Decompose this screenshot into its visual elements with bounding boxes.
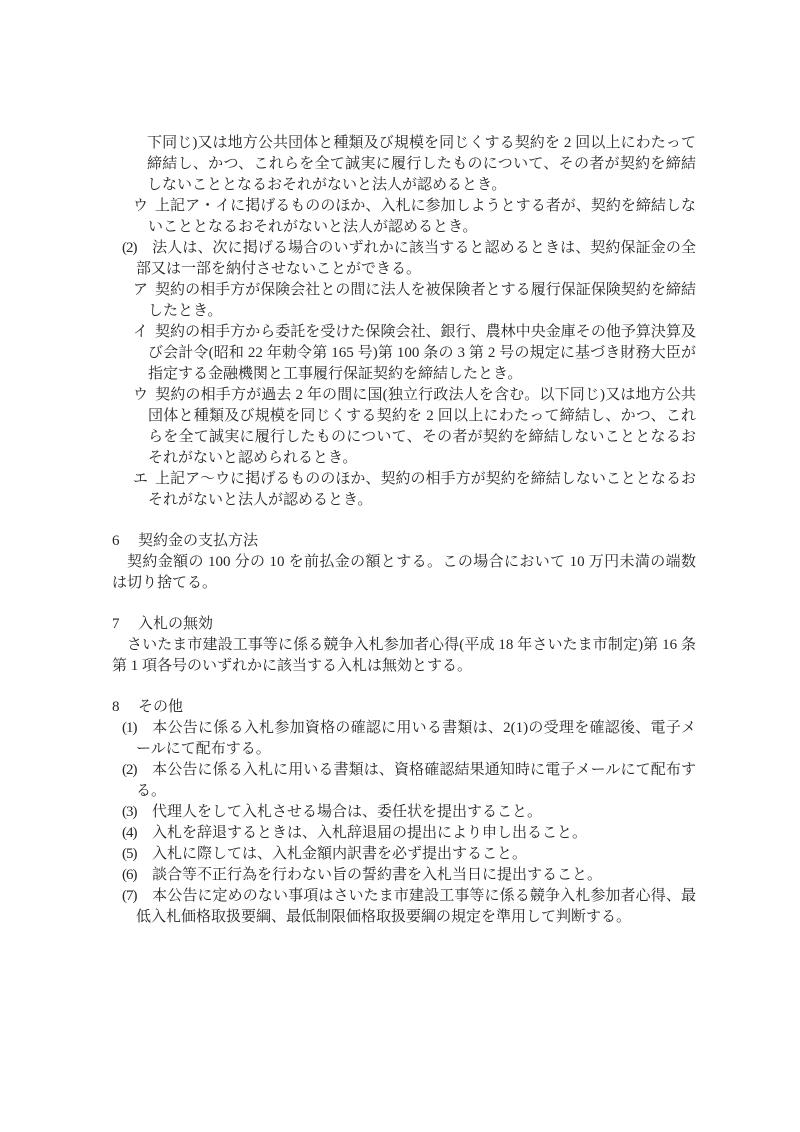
item-text: 談合等不正行為を行わない旨の誓約書を入札当日に提出すること。 xyxy=(152,867,602,883)
section-number: 6 xyxy=(112,531,138,552)
paren-list-item: (1)本公告に係る入札参加資格の確認に用いる書類は、2(1)の受理を確認後、電子… xyxy=(112,718,696,760)
section-body-paragraph: 契約金額の 100 分の 10 を前払金の額とする。この場合において 10 万円… xyxy=(112,552,696,594)
kana-list-item: イ契約の相手方から委託を受けた保険会社、銀行、農林中央金庫その他予算決算及び会計… xyxy=(112,322,696,385)
section-body-paragraph: さいたま市建設工事等に係る競争入札参加者心得(平成 18 年さいたま市制定)第 … xyxy=(112,635,696,677)
item-text: 本公告に係る入札参加資格の確認に用いる書類は、2(1)の受理を確認後、電子メール… xyxy=(136,720,696,757)
item-text: 上記ア〜ウに掲げるもののほか、契約の相手方が契約を締結しないこととなるおそれがな… xyxy=(148,471,696,508)
kana-list-item: ウ契約の相手方が過去 2 年の間に国(独立行政法人を含む。以下同じ)又は地方公共… xyxy=(112,385,696,469)
item-marker: (4) xyxy=(122,823,152,844)
item-marker: エ xyxy=(133,469,155,490)
item-marker: ア xyxy=(133,280,155,301)
item-marker: (3) xyxy=(122,802,152,823)
item-marker: (5) xyxy=(122,844,152,865)
section-heading: 7入札の無効 xyxy=(112,614,696,635)
paren-list-item: (2)本公告に係る入札に用いる書類は、資格確認結果通知時に電子メールにて配布する… xyxy=(112,760,696,802)
document-content: 下同じ)又は地方公共団体と種類及び規模を同じくする契約を 2 回以上にわたって締… xyxy=(112,133,696,928)
section-heading: 6契約金の支払方法 xyxy=(112,531,696,552)
section-title: 契約金の支払方法 xyxy=(138,533,258,549)
item-text: 上記ア・イに掲げるもののほか、入札に参加しようとする者が、契約を締結しないことと… xyxy=(148,198,696,235)
section-number: 7 xyxy=(112,614,138,635)
paren-list-item: (7)本公告に定めのない事項はさいたま市建設工事等に係る競争入札参加者心得、最低… xyxy=(112,886,696,928)
section-heading: 8その他 xyxy=(112,697,696,718)
section-number: 8 xyxy=(112,697,138,718)
item-marker: (2) xyxy=(122,238,152,259)
paren-list-item: (4)入札を辞退するときは、入札辞退届の提出により申し出ること。 xyxy=(112,823,696,844)
item-marker: ウ xyxy=(133,196,155,217)
item-marker: (1) xyxy=(122,718,152,739)
item-text: 本公告に定めのない事項はさいたま市建設工事等に係る競争入札参加者心得、最低入札価… xyxy=(136,888,696,925)
item-marker: ウ xyxy=(133,385,155,406)
item-marker: (6) xyxy=(122,865,152,886)
continuation-paragraph: 下同じ)又は地方公共団体と種類及び規模を同じくする契約を 2 回以上にわたって締… xyxy=(147,133,696,196)
item-marker: (2) xyxy=(122,760,152,781)
item-text: 入札に際しては、入札金額内訳書を必ず提出すること。 xyxy=(152,846,527,862)
document-page: 下同じ)又は地方公共団体と種類及び規模を同じくする契約を 2 回以上にわたって締… xyxy=(0,0,800,1132)
item-text: 代理人をして入札させる場合は、委任状を提出すること。 xyxy=(152,804,542,820)
paren-list-item: (2)法人は、次に掲げる場合のいずれかに該当すると認めるときは、契約保証金の全部… xyxy=(112,238,696,280)
paren-list-item: (5)入札に際しては、入札金額内訳書を必ず提出すること。 xyxy=(112,844,696,865)
paren-list-item: (3)代理人をして入札させる場合は、委任状を提出すること。 xyxy=(112,802,696,823)
paren-list-item: (6)談合等不正行為を行わない旨の誓約書を入札当日に提出すること。 xyxy=(112,865,696,886)
item-text: 本公告に係る入札に用いる書類は、資格確認結果通知時に電子メールにて配布する。 xyxy=(136,762,696,799)
kana-list-item: ア契約の相手方が保険会社との間に法人を被保険者とする履行保証保険契約を締結したと… xyxy=(112,280,696,322)
kana-list-item: エ上記ア〜ウに掲げるもののほか、契約の相手方が契約を締結しないこととなるおそれが… xyxy=(112,469,696,511)
item-text: 契約の相手方から委託を受けた保険会社、銀行、農林中央金庫その他予算決算及び会計令… xyxy=(148,324,696,382)
section-title: その他 xyxy=(138,699,183,715)
item-marker: (7) xyxy=(122,886,152,907)
kana-list-item: ウ上記ア・イに掲げるもののほか、入札に参加しようとする者が、契約を締結しないこと… xyxy=(112,196,696,238)
item-text: 法人は、次に掲げる場合のいずれかに該当すると認めるときは、契約保証金の全部又は一… xyxy=(136,240,696,277)
item-text: 入札を辞退するときは、入札辞退届の提出により申し出ること。 xyxy=(152,825,587,841)
item-text: 契約の相手方が保険会社との間に法人を被保険者とする履行保証保険契約を締結したとき… xyxy=(148,282,696,319)
item-text: 契約の相手方が過去 2 年の間に国(独立行政法人を含む。以下同じ)又は地方公共団… xyxy=(148,387,696,466)
item-marker: イ xyxy=(133,322,155,343)
section-title: 入札の無効 xyxy=(138,616,213,632)
